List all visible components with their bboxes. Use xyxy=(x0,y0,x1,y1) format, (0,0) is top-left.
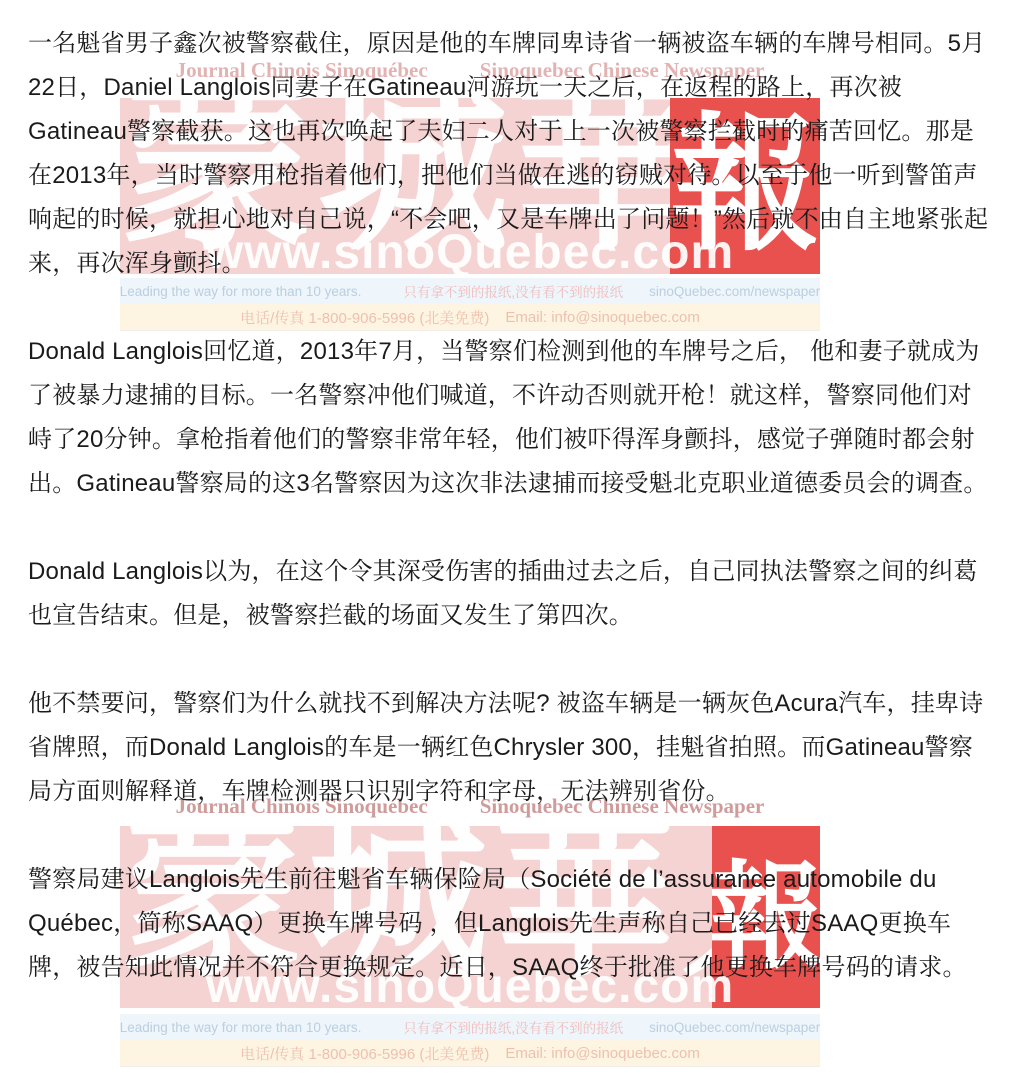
article-paragraph-3: Donald Langlois以为，在这个令其深受伤害的插曲过去之后，自己同执法… xyxy=(28,550,993,638)
contact-phone: 电话/传真 1-800-906-5996 (北美免费) xyxy=(240,1043,489,1064)
contact-email: Email: info@sinoquebec.com xyxy=(505,1045,700,1062)
article-paragraph-5: 警察局建议Langlois先生前往魁省车辆保险局（Société de l’as… xyxy=(28,858,993,990)
tagline-site-link: sinoQuebec.com/newspaper xyxy=(649,1020,820,1035)
article-paragraph-1: 一名魁省男子鑫次被警察截住，原因是他的车牌同卑诗省一辆被盗车辆的车牌号相同。5月… xyxy=(28,22,993,286)
watermark-tagline-strip: Leading the way for more than 10 years. … xyxy=(120,1014,820,1040)
article-paragraph-2: Donald Langlois回忆道，2013年7月，当警察们检测到他的车牌号之… xyxy=(28,330,993,506)
watermark-contact-strip: 电话/传真 1-800-906-5996 (北美免费) Email: info@… xyxy=(120,1040,820,1067)
tagline-chinese: 只有拿不到的报纸,没有看不到的报纸 xyxy=(403,1017,623,1037)
article-body: 一名魁省男子鑫次被警察截住，原因是他的车牌同卑诗省一辆被盗车辆的车牌号相同。5月… xyxy=(0,0,1021,990)
article-paragraph-4: 他不禁要问，警察们为什么就找不到解决方法呢? 被盗车辆是一辆灰色Acura汽车，… xyxy=(28,682,993,814)
tagline-english: Leading the way for more than 10 years. xyxy=(120,1020,362,1035)
